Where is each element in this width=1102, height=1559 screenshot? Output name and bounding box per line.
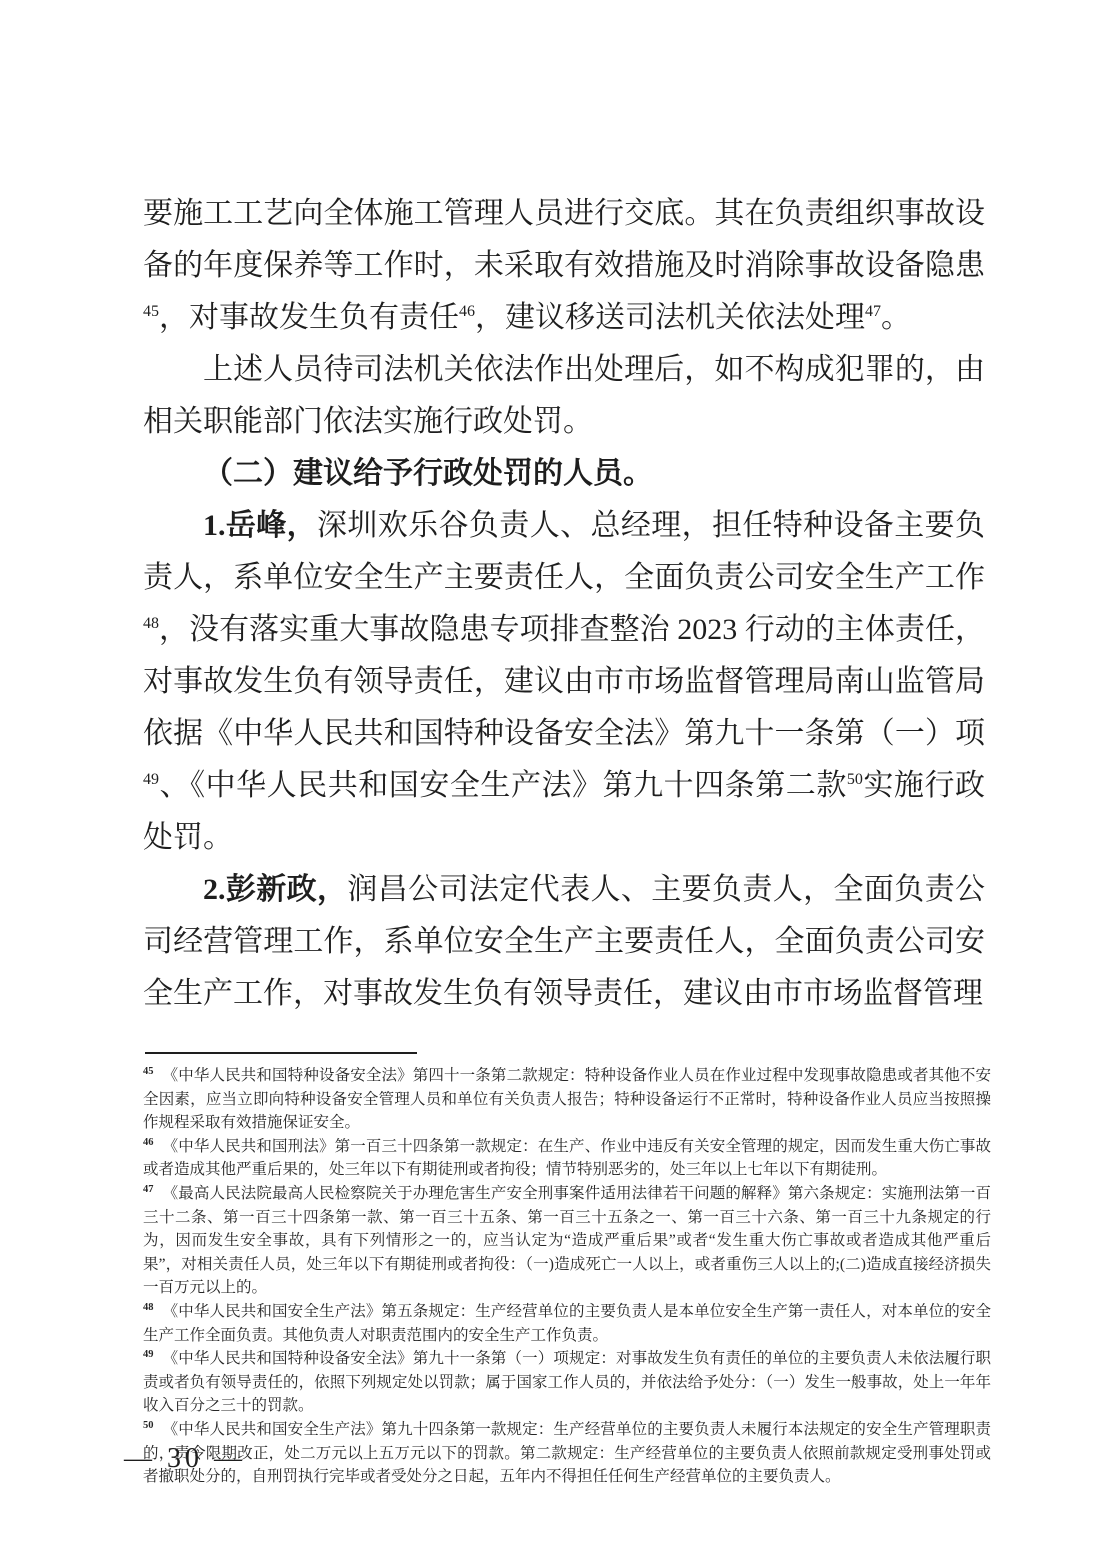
footnote-ref: 49: [143, 771, 159, 788]
page-number: — 30 —: [124, 1443, 246, 1475]
paragraph: 1.岳峰，深圳欢乐谷负责人、总经理，担任特种设备主要负责人，系单位安全生产主要责…: [143, 500, 985, 864]
document-page: 要施工工艺向全体施工管理人员进行交底。其在负责组织事故设备的年度保养等工作时，未…: [0, 0, 1102, 1559]
footnote-number: 46: [143, 1137, 154, 1148]
footnote-ref: 46: [459, 303, 475, 320]
text-run: 。: [881, 301, 911, 334]
footnote-number: 49: [143, 1349, 154, 1360]
footnote-item: 50《中华人民共和国安全生产法》第九十四条第一款规定：生产经营单位的主要负责人未…: [143, 1418, 991, 1489]
footnote-item: 49《中华人民共和国特种设备安全法》第九十一条第（一）项规定：对事故发生负有责任…: [143, 1347, 991, 1418]
footnote-number: 50: [143, 1420, 154, 1431]
text-run: 、《中华人民共和国安全生产法》第九十四条第二款: [159, 769, 847, 802]
footnote-ref: 48: [143, 615, 159, 632]
footnote-text: 《中华人民共和国安全生产法》第九十四条第一款规定：生产经营单位的主要负责人未履行…: [143, 1421, 991, 1485]
paragraph: 上述人员待司法机关依法作出处理后，如不构成犯罪的，由相关职能部门依法实施行政处罚…: [143, 344, 985, 448]
text-run: ，对事故发生负有责任: [159, 301, 459, 334]
footnote-number: 45: [143, 1066, 154, 1077]
footnotes-section: 45《中华人民共和国特种设备安全法》第四十一条第二款规定：特种设备作业人员在作业…: [143, 1064, 991, 1489]
text-run: 上述人员待司法机关依法作出处理后，如不构成犯罪的，由相关职能部门依法实施行政处罚…: [143, 353, 985, 438]
footnote-separator: [145, 1052, 417, 1054]
footnote-item: 45《中华人民共和国特种设备安全法》第四十一条第二款规定：特种设备作业人员在作业…: [143, 1064, 991, 1135]
footnote-number: 47: [143, 1184, 154, 1195]
document-body: 要施工工艺向全体施工管理人员进行交底。其在负责组织事故设备的年度保养等工作时，未…: [143, 188, 985, 1020]
footnote-text: 《中华人民共和国安全生产法》第五条规定：生产经营单位的主要负责人是本单位安全生产…: [143, 1303, 991, 1344]
footnote-item: 48《中华人民共和国安全生产法》第五条规定：生产经营单位的主要负责人是本单位安全…: [143, 1300, 991, 1347]
footnote-text: 《最高人民法院最高人民检察院关于办理危害生产安全刑事案件适用法律若干问题的解释》…: [143, 1185, 991, 1296]
footnote-text: 《中华人民共和国特种设备安全法》第四十一条第二款规定：特种设备作业人员在作业过程…: [143, 1067, 991, 1131]
bold-text-run: 1.岳峰，: [203, 509, 317, 542]
footnote-item: 47《最高人民法院最高人民检察院关于办理危害生产安全刑事案件适用法律若干问题的解…: [143, 1182, 991, 1300]
text-run: ，建议移送司法机关依法处理: [475, 301, 865, 334]
footnote-text: 《中华人民共和国特种设备安全法》第九十一条第（一）项规定：对事故发生负有责任的单…: [143, 1350, 991, 1414]
footnote-text: 《中华人民共和国刑法》第一百三十四条第一款规定：在生产、作业中违反有关安全管理的…: [143, 1138, 991, 1179]
footnote-ref: 50: [847, 771, 863, 788]
paragraph: 要施工工艺向全体施工管理人员进行交底。其在负责组织事故设备的年度保养等工作时，未…: [143, 188, 985, 344]
paragraph: 2.彭新政，润昌公司法定代表人、主要负责人，全面负责公司经营管理工作，系单位安全…: [143, 864, 985, 1020]
bold-text-run: 2.彭新政，: [203, 873, 347, 906]
footnote-ref: 45: [143, 303, 159, 320]
bold-text-run: （二）建议给予行政处罚的人员。: [203, 457, 653, 490]
text-run: 要施工工艺向全体施工管理人员进行交底。其在负责组织事故设备的年度保养等工作时，未…: [143, 197, 985, 282]
footnote-item: 46《中华人民共和国刑法》第一百三十四条第一款规定：在生产、作业中违反有关安全管…: [143, 1135, 991, 1182]
footnote-ref: 47: [865, 303, 881, 320]
footnote-number: 48: [143, 1302, 154, 1313]
text-run: ，没有落实重大事故隐患专项排查整治 2023 行动的主体责任，对事故发生负有领导…: [143, 613, 985, 750]
section-heading: （二）建议给予行政处罚的人员。: [143, 448, 985, 500]
